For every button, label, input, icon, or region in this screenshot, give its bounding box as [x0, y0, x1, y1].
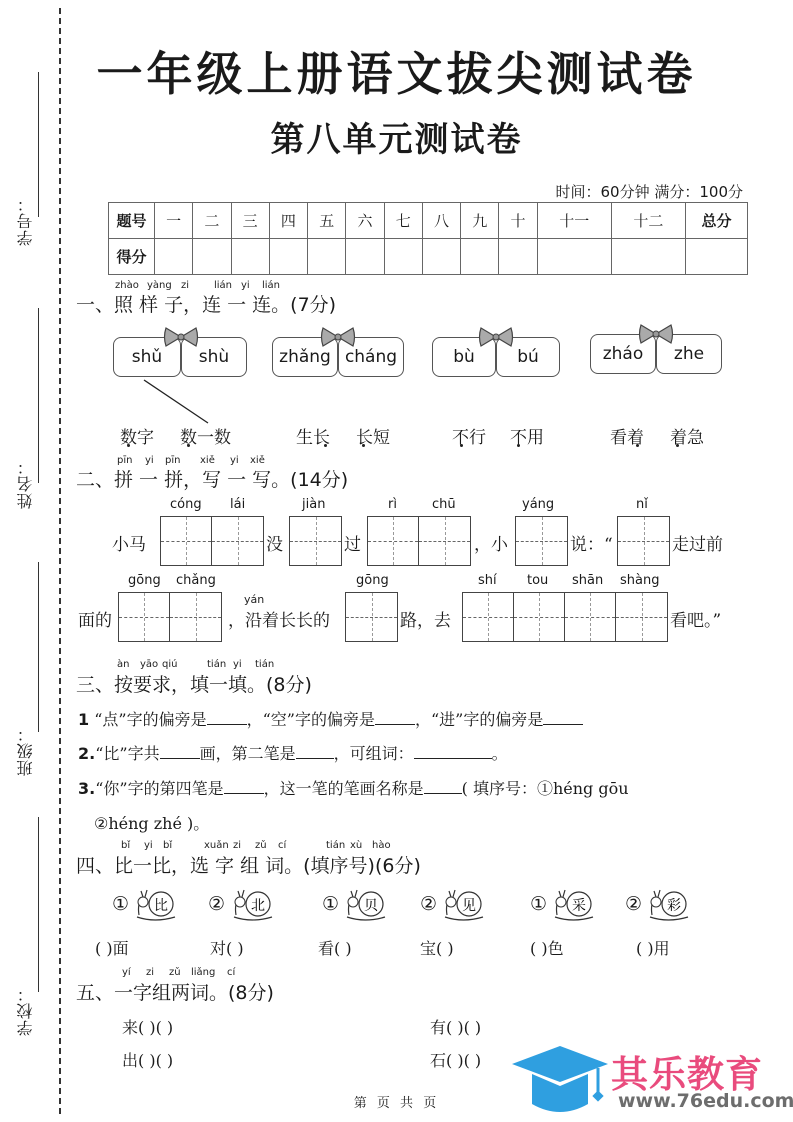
- row-label-score: 得分: [109, 239, 155, 275]
- col-header: 五: [308, 203, 346, 239]
- snail-icon: 北: [232, 885, 272, 921]
- question-text: 。: [492, 744, 508, 763]
- answer-paren[interactable]: ( )用: [636, 936, 670, 959]
- question-3-3-cont: ②héng zhé )。: [94, 811, 209, 834]
- writing-grid[interactable]: [345, 592, 398, 642]
- page-subtitle: 第八单元测试卷: [0, 112, 793, 161]
- svg-text:见: 见: [462, 898, 476, 914]
- grid-pinyin: yáng: [522, 497, 554, 512]
- emphasis-dot: [676, 444, 679, 447]
- emphasis-dot: [636, 444, 639, 447]
- col-header: 九: [461, 203, 499, 239]
- option-number: ②: [208, 893, 225, 915]
- svg-text:彩: 彩: [667, 898, 681, 914]
- answer-blank[interactable]: [543, 709, 583, 725]
- answer-blank[interactable]: [375, 709, 415, 725]
- class-label: 班级：: [14, 725, 37, 776]
- sentence-text: 面的: [78, 606, 112, 631]
- score-cell[interactable]: [155, 239, 193, 275]
- section-5-title: 五、一字组两词。(8分): [76, 978, 274, 1005]
- pinyin: bǐ: [163, 840, 172, 851]
- score-table: 题号 一 二 三 四 五 六 七 八 九 十 十一 十二 总分 得分: [108, 202, 748, 275]
- pinyin: zi: [146, 967, 154, 978]
- grid-pinyin: gōng: [356, 573, 389, 588]
- pinyin: yi: [144, 840, 153, 851]
- writing-grid[interactable]: [367, 516, 471, 566]
- col-header: 三: [231, 203, 269, 239]
- option-number: ①: [112, 893, 129, 915]
- score-cell[interactable]: [384, 239, 422, 275]
- watermark: 其乐教育 www.76edu.com: [508, 1040, 793, 1122]
- pinyin: cí: [278, 840, 286, 851]
- bow-icon: [478, 326, 514, 348]
- answer-blank[interactable]: [296, 743, 334, 759]
- bow-icon: [320, 326, 356, 348]
- section-3-title: 三、按要求，填一填。(8分): [76, 670, 312, 697]
- question-text: ，这一笔的笔画名称是: [264, 779, 424, 798]
- col-header: 十一: [537, 203, 611, 239]
- pinyin: bǐ: [121, 840, 130, 851]
- question-number: 3.: [78, 779, 95, 798]
- pinyin: tián: [326, 840, 345, 851]
- answer-paren[interactable]: 看( ): [318, 936, 352, 959]
- binding-dashed-line: [59, 8, 61, 1114]
- score-table-score-row: 得分: [109, 239, 748, 275]
- question-number: 2.: [78, 744, 95, 763]
- col-header: 八: [422, 203, 460, 239]
- emphasis-dot: [460, 444, 463, 447]
- pinyin: hào: [372, 840, 391, 851]
- writing-grid[interactable]: [160, 516, 264, 566]
- answer-blank[interactable]: [224, 778, 264, 794]
- bow-icon: [638, 323, 674, 345]
- writing-grid[interactable]: [617, 516, 670, 566]
- svg-text:北: 北: [251, 898, 265, 914]
- grid-pinyin: cóng: [170, 497, 202, 512]
- col-header: 四: [269, 203, 307, 239]
- answer-blank[interactable]: [160, 743, 200, 759]
- score-cell[interactable]: [537, 239, 611, 275]
- grid-pinyin: lái: [230, 497, 245, 512]
- score-cell[interactable]: [611, 239, 685, 275]
- col-header: 二: [193, 203, 231, 239]
- question-3-1: 1 “点”字的偏旁是，“空”字的偏旁是，“进”字的偏旁是: [78, 707, 583, 730]
- grid-pinyin: chǎng: [176, 573, 216, 588]
- watermark-url: www.76edu.com: [618, 1090, 793, 1112]
- emphasis-dot: [517, 444, 520, 447]
- grid-pinyin: jiàn: [302, 497, 325, 512]
- grid-pinyin: shān: [572, 573, 603, 588]
- graduation-cap-icon: [508, 1042, 612, 1122]
- sentence-text: 走过前: [672, 530, 723, 555]
- sentence-text: 过: [344, 530, 361, 555]
- grid-pinyin: chū: [432, 497, 456, 512]
- score-cell-total[interactable]: [686, 239, 748, 275]
- word-option[interactable]: 不行: [452, 423, 486, 448]
- sentence-text: 小马: [112, 530, 146, 555]
- name-rule: [38, 308, 39, 483]
- section-2-title: 二、拼 一 拼，写 一 写。(14分): [76, 465, 348, 492]
- question-text: 画，第二笔是: [200, 744, 296, 763]
- word-pair-row[interactable]: 出( )( ): [122, 1048, 173, 1071]
- answer-paren[interactable]: 对( ): [210, 936, 244, 959]
- grid-pinyin: rì: [388, 497, 397, 512]
- answer-paren[interactable]: 宝( ): [420, 936, 454, 959]
- pinyin: yāo: [140, 659, 158, 670]
- score-table-header-row: 题号 一 二 三 四 五 六 七 八 九 十 十一 十二 总分: [109, 203, 748, 239]
- option-number: ②: [420, 893, 437, 915]
- answer-blank[interactable]: [207, 709, 247, 725]
- svg-text:比: 比: [154, 898, 168, 914]
- word-option[interactable]: 数字: [120, 423, 154, 448]
- emphasis-dot: [324, 444, 327, 447]
- col-header-total: 总分: [686, 203, 748, 239]
- grid-pinyin: tou: [527, 573, 548, 588]
- class-rule: [38, 562, 39, 732]
- answer-blank[interactable]: [424, 778, 462, 794]
- snail-icon: 见: [443, 885, 483, 921]
- sentence-text: 说：“: [570, 530, 613, 555]
- example-connect-line: [140, 378, 220, 426]
- row-label-number: 题号: [109, 203, 155, 239]
- sentence-text: ，小: [474, 530, 508, 555]
- col-header: 七: [384, 203, 422, 239]
- writing-grid[interactable]: [118, 592, 222, 642]
- pinyin: zi: [233, 840, 241, 851]
- section-1-title: 一、照 样 子，连 一 连。(7分): [76, 290, 336, 317]
- snail-icon: 比: [135, 885, 175, 921]
- pinyin: àn: [117, 659, 129, 670]
- pinyin: tián: [207, 659, 226, 670]
- snail-icon: 彩: [648, 885, 688, 921]
- pinyin: yán: [244, 593, 264, 606]
- pinyin: cí: [227, 967, 235, 978]
- question-text: “点”字的偏旁是: [94, 710, 206, 729]
- pinyin: zǔ: [169, 967, 181, 978]
- student-id-label: 学号：: [14, 195, 37, 246]
- col-header: 十二: [611, 203, 685, 239]
- question-3-2: 2.“比”字共画，第二笔是，可组词：。: [78, 741, 508, 764]
- question-text: ，可组词：: [334, 744, 414, 763]
- word-option[interactable]: 不用: [510, 423, 544, 448]
- school-rule: [38, 817, 39, 992]
- score-cell[interactable]: [231, 239, 269, 275]
- emphasis-dot: [362, 444, 365, 447]
- writing-grid[interactable]: [515, 516, 568, 566]
- writing-grid[interactable]: [462, 592, 668, 642]
- bow-icon: [163, 326, 199, 348]
- svg-text:采: 采: [572, 898, 586, 914]
- score-cell[interactable]: [461, 239, 499, 275]
- question-text: ，“空”字的偏旁是: [247, 710, 375, 729]
- word-pair-row[interactable]: 石( )( ): [430, 1048, 481, 1071]
- answer-paren[interactable]: ( )面: [95, 936, 129, 959]
- question-text: ( 填序号：①héng gōu: [462, 779, 629, 798]
- page-title: 一年级上册语文拔尖测试卷: [0, 38, 793, 104]
- writing-grid[interactable]: [289, 516, 342, 566]
- score-cell[interactable]: [308, 239, 346, 275]
- question-text: “你”字的第四笔是: [95, 779, 223, 798]
- school-label: 学校：: [14, 985, 37, 1036]
- col-header: 六: [346, 203, 384, 239]
- exam-meta: 时间：60分钟 满分：100分: [556, 181, 744, 202]
- pinyin: zǔ: [255, 840, 267, 851]
- pinyin: xuǎn: [204, 840, 229, 851]
- answer-blank[interactable]: [414, 743, 492, 759]
- sentence-text: 看吧。”: [670, 606, 721, 631]
- score-cell[interactable]: [269, 239, 307, 275]
- sentence-text: 没: [266, 530, 283, 555]
- grid-pinyin: gōng: [128, 573, 161, 588]
- sentence-text: 路，去: [400, 606, 451, 631]
- pinyin: xù: [350, 840, 362, 851]
- grid-pinyin: shí: [478, 573, 497, 588]
- score-cell[interactable]: [499, 239, 537, 275]
- pinyin: tián: [255, 659, 274, 670]
- word-pair-row[interactable]: 来( )( ): [122, 1015, 173, 1038]
- option-number: ①: [530, 893, 547, 915]
- score-cell[interactable]: [346, 239, 384, 275]
- question-number: 1: [78, 710, 89, 729]
- question-3-3: 3.“你”字的第四笔是，这一笔的笔画名称是( 填序号：①héng gōu: [78, 776, 629, 799]
- pinyin: yi: [233, 659, 242, 670]
- svg-text:贝: 贝: [364, 898, 378, 914]
- pinyin: liǎng: [191, 967, 215, 978]
- snail-icon: 贝: [345, 885, 385, 921]
- answer-paren[interactable]: ( )色: [530, 936, 564, 959]
- sentence-text: ，沿着长长的: [228, 606, 330, 631]
- snail-icon: 采: [553, 885, 593, 921]
- col-header: 一: [155, 203, 193, 239]
- col-header: 十: [499, 203, 537, 239]
- section-4-title: 四、比一比，选 字 组 词。(填序号)(6分): [76, 851, 421, 878]
- question-text: “比”字共: [95, 744, 159, 763]
- pinyin: yí: [122, 967, 131, 978]
- score-cell[interactable]: [193, 239, 231, 275]
- emphasis-dot: [127, 444, 130, 447]
- question-text: ，“进”字的偏旁是: [415, 710, 543, 729]
- grid-pinyin: nǐ: [636, 497, 648, 512]
- emphasis-dot: [187, 444, 190, 447]
- pinyin: qiú: [162, 659, 177, 670]
- name-label: 姓名：: [14, 458, 37, 509]
- grid-pinyin: shàng: [620, 573, 659, 588]
- option-number: ①: [322, 893, 339, 915]
- word-pair-row[interactable]: 有( )( ): [430, 1015, 481, 1038]
- score-cell[interactable]: [422, 239, 460, 275]
- option-number: ②: [625, 893, 642, 915]
